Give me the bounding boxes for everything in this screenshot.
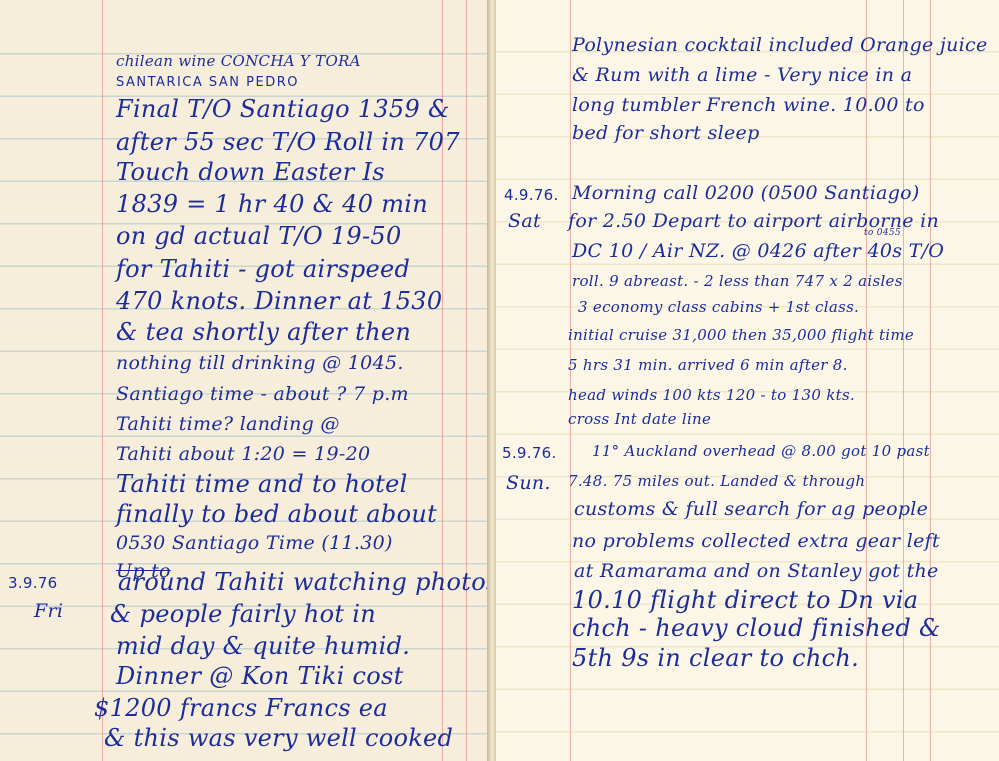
notebook-spine bbox=[487, 0, 496, 761]
handwritten-line: mid day & quite humid. bbox=[116, 632, 410, 660]
handwritten-line: no problems collected extra gear left bbox=[572, 530, 940, 552]
handwritten-line: initial cruise 31,000 then 35,000 flight… bbox=[568, 326, 914, 344]
handwritten-line: head winds 100 kts 120 - to 130 kts. bbox=[568, 386, 855, 404]
entry-day: Fri bbox=[34, 600, 63, 622]
handwritten-line: roll. 9 abreast. - 2 less than 747 x 2 a… bbox=[572, 272, 903, 290]
notebook-left-page: chilean wine CONCHA Y TORA SANTARICA SAN… bbox=[0, 0, 487, 761]
entry-date: 5.9.76. bbox=[502, 444, 557, 462]
margin-rule bbox=[570, 0, 571, 761]
handwritten-line: & Rum with a lime - Very nice in a bbox=[572, 64, 912, 86]
handwritten-line: & tea shortly after then bbox=[116, 318, 411, 346]
handwritten-line: SANTARICA SAN PEDRO bbox=[116, 75, 299, 90]
handwritten-line: at Ramarama and on Stanley got the bbox=[574, 560, 939, 582]
handwritten-line: 470 knots. Dinner at 1530 bbox=[116, 287, 442, 315]
entry-day: Sat bbox=[508, 210, 541, 232]
handwritten-line: bed for short sleep bbox=[572, 122, 760, 144]
handwritten-line: nothing till drinking @ 1045. bbox=[116, 352, 404, 374]
handwritten-line: cross Int date line bbox=[568, 410, 711, 428]
handwritten-line: 0530 Santiago Time (11.30) bbox=[116, 532, 393, 554]
handwritten-line: & people fairly hot in bbox=[110, 600, 376, 628]
margin-rule bbox=[930, 0, 931, 761]
handwritten-line: chilean wine CONCHA Y TORA bbox=[116, 52, 361, 70]
handwritten-line: & this was very well cooked bbox=[104, 724, 453, 752]
handwritten-line: 5th 9s in clear to chch. bbox=[572, 644, 859, 672]
handwritten-line: Tahiti time and to hotel bbox=[116, 470, 408, 498]
handwritten-line: 5 hrs 31 min. arrived 6 min after 8. bbox=[568, 356, 848, 374]
handwritten-line: Tahiti time? landing @ bbox=[116, 413, 340, 435]
handwritten-line: 1839 = 1 hr 40 & 40 min bbox=[116, 190, 428, 218]
handwritten-line: for Tahiti - got airspeed bbox=[116, 255, 410, 283]
handwritten-line: Polynesian cocktail included Orange juic… bbox=[572, 34, 988, 56]
handwritten-line: finally to bed about about bbox=[116, 500, 437, 528]
handwritten-line: Touch down Easter Is bbox=[116, 158, 385, 186]
handwritten-line: around Tahiti watching photos bbox=[118, 568, 487, 596]
handwritten-line: Santiago time - about ? 7 p.m bbox=[116, 383, 409, 405]
superscript-note: to 0455 bbox=[864, 228, 901, 238]
handwritten-line: Morning call 0200 (0500 Santiago) bbox=[572, 182, 920, 204]
handwritten-line: 10.10 flight direct to Dn via bbox=[572, 586, 918, 614]
handwritten-line: after 55 sec T/O Roll in 707 bbox=[116, 128, 460, 156]
handwritten-line: Tahiti about 1:20 = 19-20 bbox=[116, 443, 370, 465]
margin-rule bbox=[102, 0, 103, 761]
entry-date: 4.9.76. bbox=[504, 186, 559, 204]
entry-date: 3.9.76 bbox=[8, 574, 58, 592]
handwritten-line: chch - heavy cloud finished & bbox=[572, 614, 941, 642]
handwritten-line: on gd actual T/O 19-50 bbox=[116, 222, 402, 250]
handwritten-line: long tumbler French wine. 10.00 to bbox=[572, 94, 925, 116]
entry-day: Sun. bbox=[506, 472, 551, 494]
notebook-right-page: Polynesian cocktail included Orange juic… bbox=[496, 0, 999, 761]
handwritten-line: 3 economy class cabins + 1st class. bbox=[578, 298, 859, 316]
handwritten-line: 11° Auckland overhead @ 8.00 got 10 past bbox=[592, 442, 930, 460]
handwritten-line: DC 10 / Air NZ. @ 0426 after 40s T/O bbox=[572, 240, 944, 262]
handwritten-line: customs & full search for ag people bbox=[574, 498, 928, 520]
margin-rule bbox=[466, 0, 467, 761]
handwritten-line: 7.48. 75 miles out. Landed & through bbox=[568, 472, 865, 490]
handwritten-line: Dinner @ Kon Tiki cost bbox=[116, 662, 404, 690]
handwritten-line: Final T/O Santiago 1359 & bbox=[116, 95, 450, 123]
handwritten-line: $1200 francs Francs ea bbox=[94, 694, 388, 722]
